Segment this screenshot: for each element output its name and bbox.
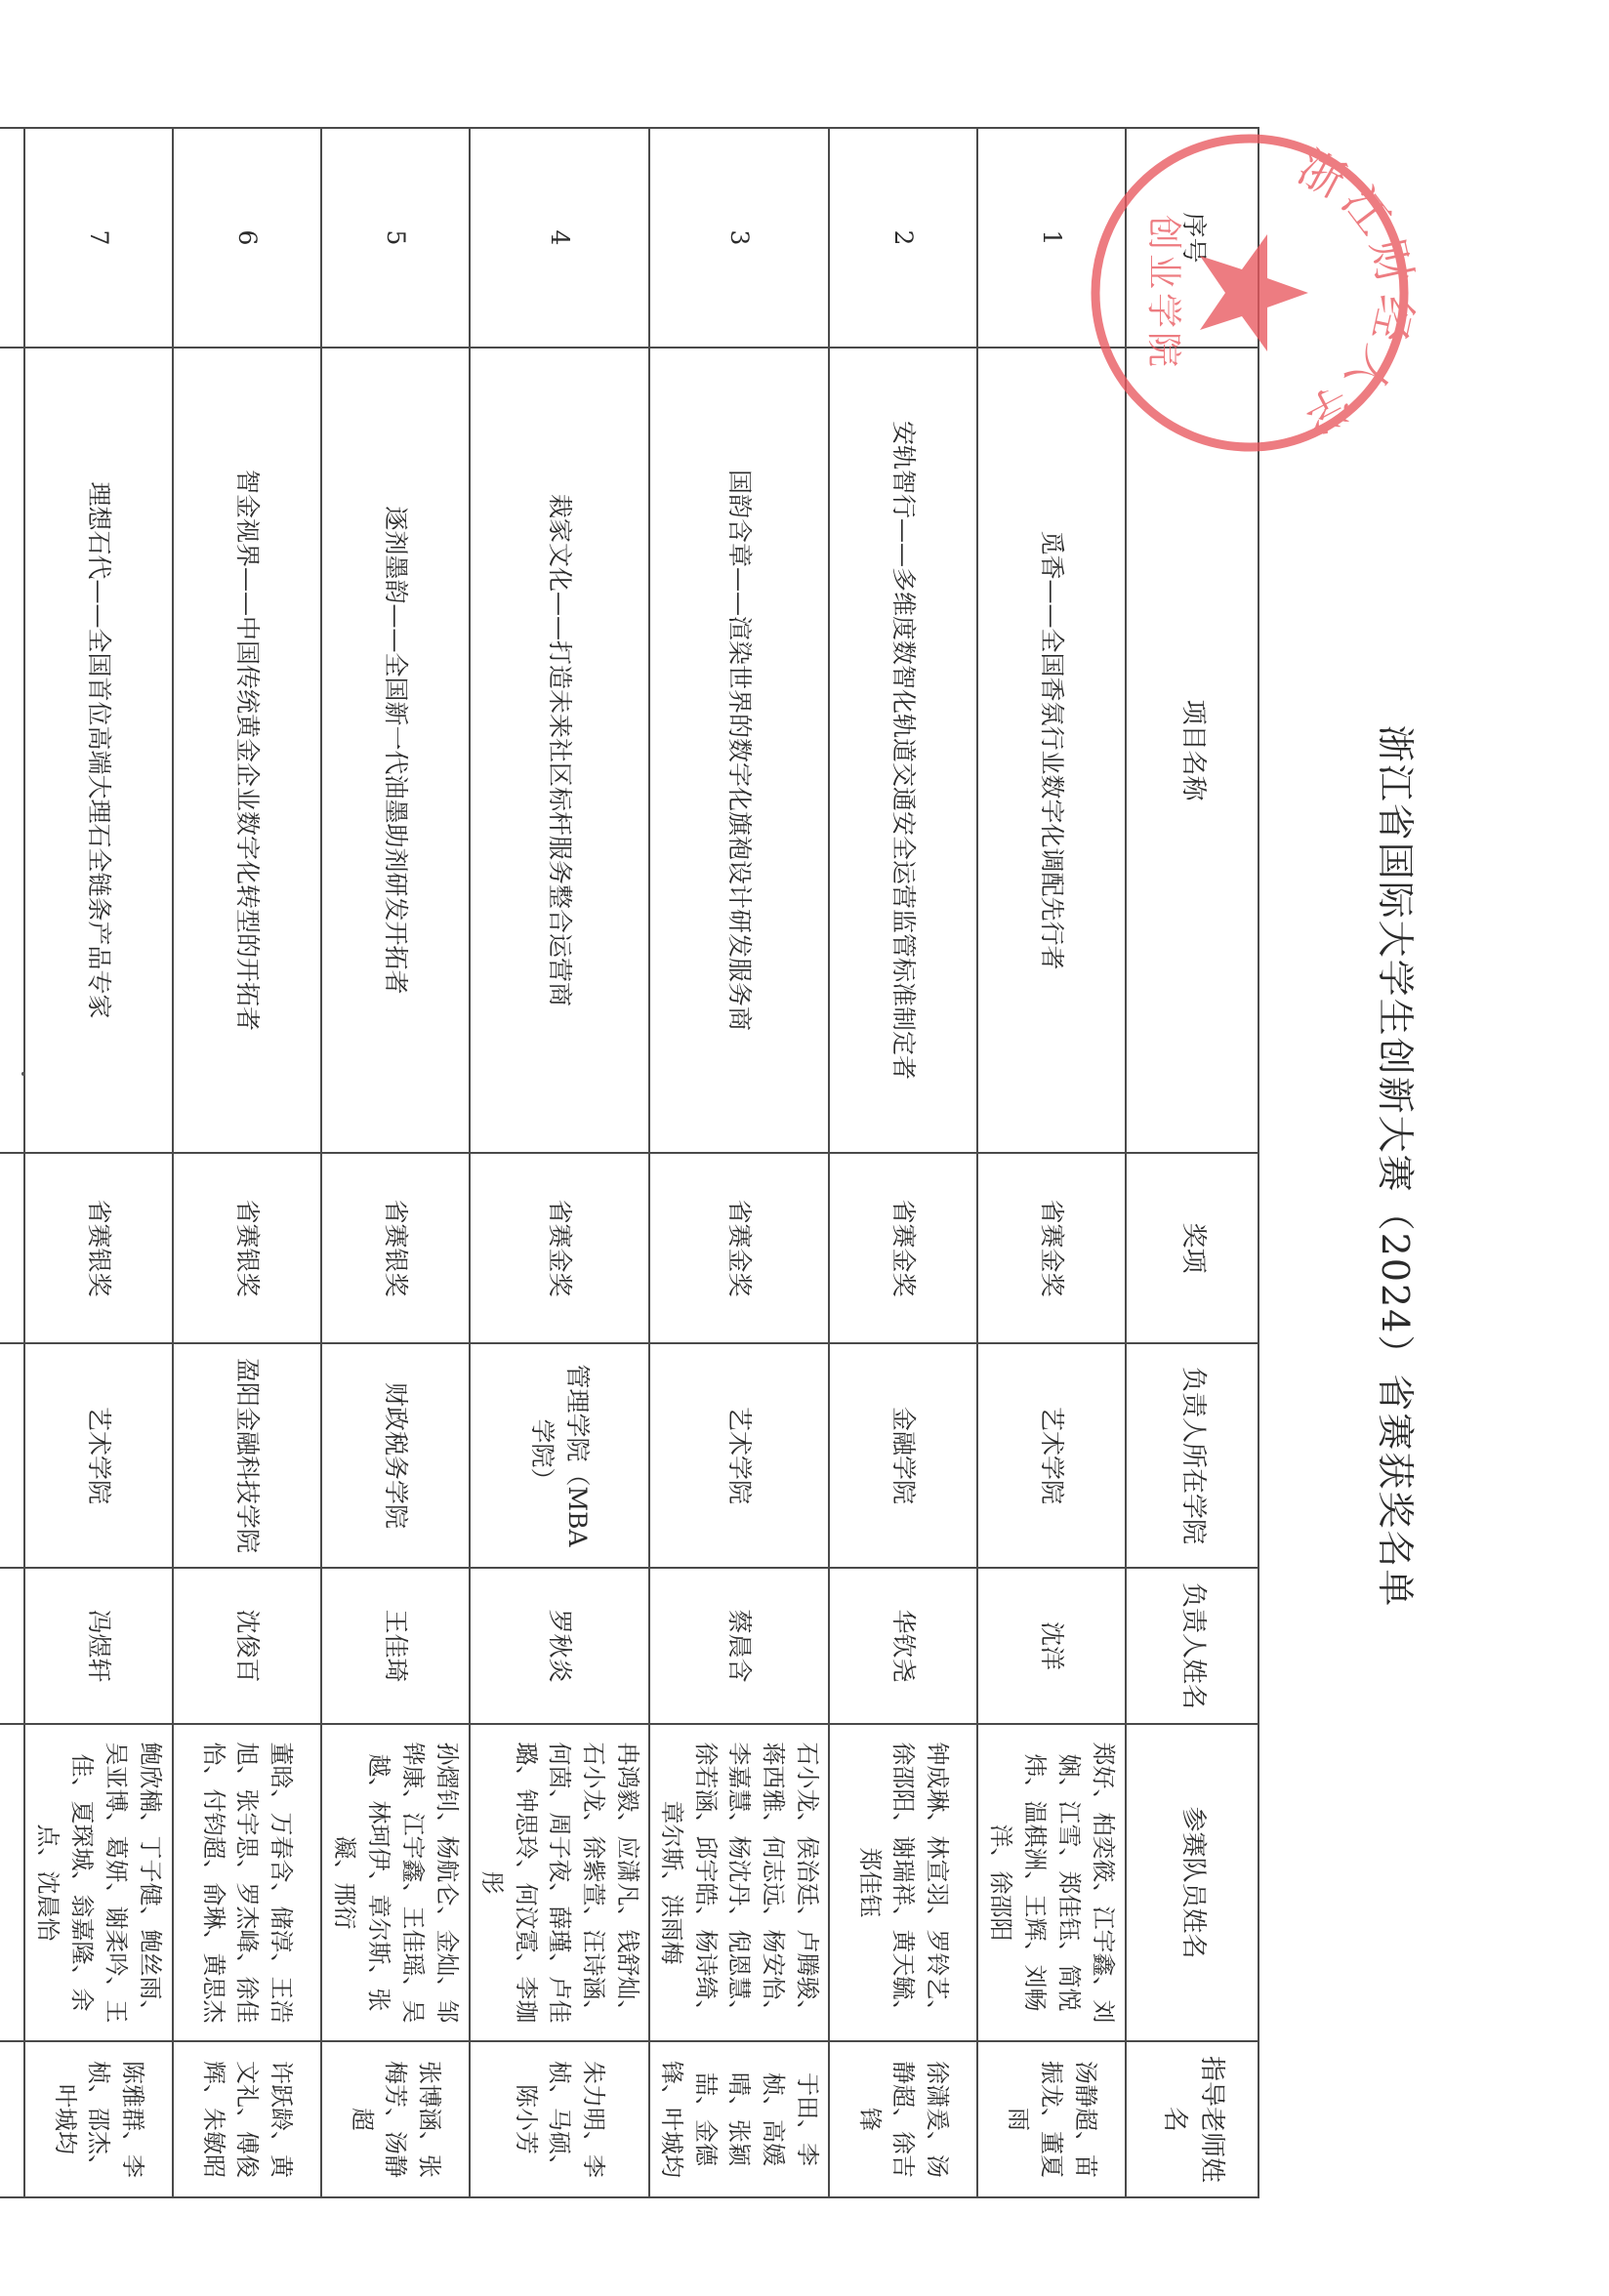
cell-leader-name: 冯煜轩: [24, 1568, 173, 1724]
header-mentors: 指导老师姓名: [1126, 2041, 1258, 2197]
cell-award: 省赛金奖: [829, 1153, 977, 1343]
cell-leader-name: 蔡晨含: [649, 1568, 829, 1724]
table-row: 7理想石代——全国首位高端大理石全链条产品专家省赛银奖艺术学院冯煜轩鲍欣楠、丁子…: [24, 128, 173, 2197]
cell-mentors: 汤静超、苗振龙、董夏雨: [977, 2041, 1126, 2197]
header-award: 奖项: [1126, 1153, 1258, 1343]
cell-project-name: 安轨智行——多维度数智化轨道交通安全运营监管标准制定者: [829, 348, 977, 1153]
cell-project-name: 觅香——全国香氛行业数字化调配先行者: [977, 348, 1126, 1153]
header-leader-name: 负责人姓名: [1126, 1568, 1258, 1724]
cell-award: 省赛金奖: [470, 1153, 649, 1343]
cell-award: 省赛金奖: [977, 1153, 1126, 1343]
cell-award: 省赛银奖: [321, 1153, 470, 1343]
cell-project-name: 栽家文化——打造未来社区标杆服务整合运营商: [470, 348, 649, 1153]
cell-project-name: 智管时代——新一代双面聚氨酯酚醛复合铝箔风管研发服务商: [0, 348, 24, 1153]
cell-members: 郑好、柏奕筱、江宇鑫、刘娴、江雪、郑佳钰、简悦炜、温棋洲、王辉、刘畅洋、徐邵阳: [977, 1724, 1126, 2041]
cell-leader-college: 财政税务学院: [321, 1343, 470, 1568]
cell-members: 石小龙、侯治廷、卢腾骏、蒋西雅、何志远、杨安怡、李嘉慧、杨沈丹、倪恩慧、徐若涵、…: [649, 1724, 829, 2041]
cell-members: 翁佳文、高洁、杨瑞瑞、胡佳颖、王卓楠、赵佳燕、孙赟昊、丁继晟、余点: [0, 1724, 24, 2041]
cell-project-name: 理想石代——全国首位高端大理石全链条产品专家: [24, 348, 173, 1153]
table-row: 3国韵含章——渲染世界的数字化旗袍设计研发服务商省赛金奖艺术学院蔡晨含石小龙、侯…: [649, 128, 829, 2197]
header-index: 序号: [1126, 128, 1258, 348]
cell-members: 董晗、万春含、储淳、王浩旭、张宇思、罗杰峰、徐佳怡、付钧超、俞琳、黄思杰: [173, 1724, 321, 2041]
cell-leader-college: 艺术学院: [649, 1343, 829, 1568]
cell-members: 钟成琳、林宣羽、罗铃艺、徐邵阳、谢瑞祥、黄天毓、郑佳钰: [829, 1724, 977, 2041]
cell-index: 7: [24, 128, 173, 348]
header-leader-college: 负责人所在学院: [1126, 1343, 1258, 1568]
cell-members: 鲍欣楠、丁子健、鲍丝雨、吴亚博、葛妍、谢柔吟、王佳、夏琛城、翁嘉隆、余点、沈晨怡: [24, 1724, 173, 2041]
cell-index: 8: [0, 128, 24, 348]
table-row: 5逐剂墨韵——全国新一代油墨助剂研发开拓者省赛银奖财政税务学院王佳琦孙熠钊、杨航…: [321, 128, 470, 2197]
cell-leader-name: 沈俊百: [173, 1568, 321, 1724]
awards-table: 序号 项目名称 奖项 负责人所在学院 负责人姓名 参赛队员姓名 指导老师姓名 1…: [0, 127, 1259, 2198]
cell-mentors: 陈雅群、李桢、邵杰、叶城均: [24, 2041, 173, 2197]
cell-index: 5: [321, 128, 470, 348]
cell-project-name: 智金视界——中国传统黄金企业数字化转型的开拓者: [173, 348, 321, 1153]
document-sheet: 浙江省国际大学生创新大赛（2024）省赛获奖名单 序号 项目名称 奖项 负责人所…: [176, 127, 1435, 2206]
cell-award: 省赛金奖: [649, 1153, 829, 1343]
cell-project-name: 国韵含章——渲染世界的数字化旗袍设计研发服务商: [649, 348, 829, 1153]
table-header-row: 序号 项目名称 奖项 负责人所在学院 负责人姓名 参赛队员姓名 指导老师姓名: [1126, 128, 1258, 2197]
cell-leader-college: 金融学院: [829, 1343, 977, 1568]
header-members: 参赛队员姓名: [1126, 1724, 1258, 2041]
cell-index: 6: [173, 128, 321, 348]
cell-leader-name: 楼宽: [0, 1568, 24, 1724]
cell-index: 2: [829, 128, 977, 348]
cell-mentors: 徐潇爰、汤静超、徐吉锋: [829, 2041, 977, 2197]
cell-members: 孙熠钊、杨航仑、金灿、邹铧康、江宇鑫、王佳瑶、吴越、林珂伊、章尔斯、张凝、邢衍: [321, 1724, 470, 2041]
cell-leader-college: 艺术学院: [0, 1343, 24, 1568]
cell-leader-name: 沈洋: [977, 1568, 1126, 1724]
cell-index: 3: [649, 128, 829, 348]
table-row: 2安轨智行——多维度数智化轨道交通安全运营监管标准制定者省赛金奖金融学院华钦尧钟…: [829, 128, 977, 2197]
cell-award: 省赛银奖: [0, 1153, 24, 1343]
table-row: 8智管时代——新一代双面聚氨酯酚醛复合铝箔风管研发服务商省赛银奖艺术学院楼宽翁佳…: [0, 128, 24, 2197]
cell-project-name: 逐剂墨韵——全国新一代油墨助剂研发开拓者: [321, 348, 470, 1153]
cell-mentors: 许跃龄、黄文礼、傅俊辉、朱敏昭: [173, 2041, 321, 2197]
cell-mentors: 李桢、叶城均、高媛晴: [0, 2041, 24, 2197]
cell-mentors: 张博涵、张梅芳、汤静超: [321, 2041, 470, 2197]
cell-award: 省赛银奖: [24, 1153, 173, 1343]
table-row: 1觅香——全国香氛行业数字化调配先行者省赛金奖艺术学院沈洋郑好、柏奕筱、江宇鑫、…: [977, 128, 1126, 2197]
document-title: 浙江省国际大学生创新大赛（2024）省赛获奖名单: [1372, 127, 1425, 2206]
cell-award: 省赛银奖: [173, 1153, 321, 1343]
cell-leader-college: 盈阳金融科技学院: [173, 1343, 321, 1568]
cell-index: 1: [977, 128, 1126, 348]
table-row: 6智金视界——中国传统黄金企业数字化转型的开拓者省赛银奖盈阳金融科技学院沈俊百董…: [173, 128, 321, 2197]
table-row: 4栽家文化——打造未来社区标杆服务整合运营商省赛金奖管理学院（MBA学院）罗秋炎…: [470, 128, 649, 2197]
header-project-name: 项目名称: [1126, 348, 1258, 1153]
cell-leader-name: 罗秋炎: [470, 1568, 649, 1724]
scan-speck: [21, 1072, 25, 1076]
cell-leader-college: 艺术学院: [24, 1343, 173, 1568]
cell-leader-name: 华钦尧: [829, 1568, 977, 1724]
cell-leader-name: 王佳琦: [321, 1568, 470, 1724]
cell-index: 4: [470, 128, 649, 348]
cell-leader-college: 艺术学院: [977, 1343, 1126, 1568]
cell-mentors: 于田、李桢、高媛晴、张颖喆、金德锋、叶城均: [649, 2041, 829, 2197]
cell-mentors: 朱力明、李桢、马硕、陈小芳: [470, 2041, 649, 2197]
cell-leader-college: 管理学院（MBA学院）: [470, 1343, 649, 1568]
cell-members: 冉鸿毅、应潇凡、钱舒灿、石小龙、徐紫萱、汪诗涵、何茵、周子夜、薛瑾、卢佳璐、钟思…: [470, 1724, 649, 2041]
